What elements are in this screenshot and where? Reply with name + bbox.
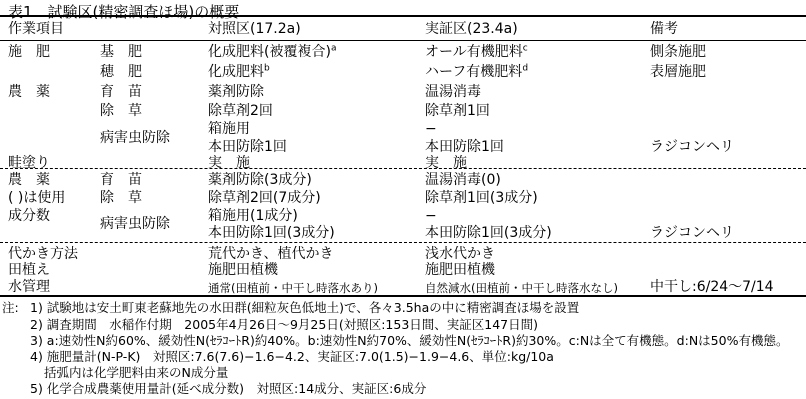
r3-control-value: 薬剤防除 bbox=[208, 84, 264, 100]
r4-subitem: 除 草 bbox=[100, 103, 142, 119]
r5-demo-value: − bbox=[425, 121, 437, 137]
r9-demo-value: 除草剤1回(3成分) bbox=[425, 190, 538, 206]
r12-item: 代かき方法 bbox=[8, 246, 78, 262]
r10-item: 成分数 bbox=[8, 208, 50, 224]
r2-demo-value: ハーフ有機肥料d bbox=[425, 64, 528, 80]
r10-subitem: 病害虫防除 bbox=[100, 216, 170, 232]
header-control-plot: 対照区(17.2a) bbox=[208, 21, 301, 37]
section-divider-dashed-1 bbox=[0, 168, 806, 169]
r11-demo-value: 本田防除1回(3成分) bbox=[425, 225, 552, 241]
r13-control-value: 施肥田植機 bbox=[208, 262, 278, 278]
r10-control-value: 箱施用(1成分) bbox=[208, 208, 298, 224]
r6-demo-value: 本田防除1回 bbox=[425, 139, 504, 155]
r2-demo-sup: d bbox=[522, 63, 528, 73]
r2-control-text: 化成肥料 bbox=[208, 64, 264, 80]
r8-control-value: 薬剤防除(3成分) bbox=[208, 172, 312, 188]
table-bottom-border bbox=[0, 295, 806, 297]
r13-item: 田植え bbox=[8, 262, 50, 278]
r2-demo-text: ハーフ有機肥料 bbox=[425, 64, 522, 80]
r11-remarks: ラジコンヘリ bbox=[650, 225, 734, 241]
r4-control-value: 除草剤2回 bbox=[208, 103, 273, 119]
table-title: 表1 試験区(精密調査ほ場)の概要 bbox=[8, 1, 239, 22]
header-item: 作業項目 bbox=[8, 21, 64, 37]
note-4-continued: 括弧内は化学肥料由来のN成分量 bbox=[44, 365, 228, 380]
r14-remarks: 中干し:6/24〜7/14 bbox=[650, 279, 774, 295]
r2-remarks: 表層施肥 bbox=[650, 64, 706, 80]
r1-control-sup: a bbox=[331, 43, 337, 53]
section-divider-dashed-2 bbox=[0, 242, 806, 243]
r3-item: 農 薬 bbox=[8, 84, 50, 100]
r2-subitem: 穂 肥 bbox=[100, 64, 142, 80]
r12-demo-value: 浅水代かき bbox=[425, 246, 495, 262]
r9-item: ( )は使用 bbox=[8, 190, 65, 206]
r1-item: 施 肥 bbox=[8, 44, 50, 60]
note-3: 3) a:速効性N約60%、緩効性N(ｾﾗｺｰﾄR)約40%。b:速効性N約70… bbox=[30, 333, 788, 348]
note-2: 2) 調査期間 水稲作付期 2005年4月26日〜9月25日(対照区:153日間… bbox=[30, 317, 538, 332]
r10-demo-value: − bbox=[425, 208, 437, 224]
r14-item: 水管理 bbox=[8, 279, 50, 295]
r8-demo-value: 温湯消毒(0) bbox=[425, 172, 501, 188]
r1-demo-text: オール有機肥料 bbox=[425, 44, 523, 60]
r11-control-value: 本田防除1回(3成分) bbox=[208, 225, 335, 241]
r1-control-value: 化成肥料(被覆複合)a bbox=[208, 44, 336, 60]
r1-remarks: 側条施肥 bbox=[650, 44, 706, 60]
note-1: 1) 試験地は安土町東老蘇地先の水田群(細粒灰色低地土)で、各々3.5haの中に… bbox=[30, 300, 579, 315]
r6-remarks: ラジコンヘリ bbox=[650, 139, 734, 155]
r2-control-value: 化成肥料b bbox=[208, 64, 270, 80]
r14-control-value: 通常(田植前・中干し時落水あり) bbox=[208, 281, 378, 295]
note-4: 4) 施肥量計(N-P-K) 対照区:7.6(7.6)−1.6−4.2、実証区:… bbox=[30, 349, 554, 364]
table-top-border bbox=[0, 15, 806, 17]
r5-control-value: 箱施用 bbox=[208, 121, 250, 137]
r13-demo-value: 施肥田植機 bbox=[425, 262, 495, 278]
r8-item: 農 薬 bbox=[8, 172, 50, 188]
r2-control-sup: b bbox=[264, 63, 270, 73]
r9-subitem: 除 草 bbox=[100, 190, 142, 206]
document-page: 表1 試験区(精密調査ほ場)の概要 作業項目 対照区(17.2a) 実証区(23… bbox=[0, 0, 806, 399]
r6-control-value: 本田防除1回 bbox=[208, 139, 287, 155]
r8-subitem: 育 苗 bbox=[100, 172, 142, 188]
r1-control-text: 化成肥料(被覆複合) bbox=[208, 44, 331, 60]
r14-demo-value: 自然減水(田植前・中干し時落水なし) bbox=[425, 281, 618, 295]
r5-subitem: 病害虫防除 bbox=[100, 130, 170, 146]
notes-label: 注: bbox=[2, 300, 19, 315]
r12-control-value: 荒代かき、植代かき bbox=[208, 246, 333, 262]
header-remarks: 備考 bbox=[650, 21, 678, 37]
r3-subitem: 育 苗 bbox=[100, 84, 142, 100]
r1-demo-sup: c bbox=[523, 43, 528, 53]
r1-subitem: 基 肥 bbox=[100, 44, 142, 60]
r1-demo-value: オール有機肥料c bbox=[425, 44, 528, 60]
r3-demo-value: 温湯消毒 bbox=[425, 84, 481, 100]
note-5: 5) 化学合成農薬使用量計(延べ成分数) 対照区:14成分、実証区:6成分 bbox=[30, 381, 426, 396]
r4-demo-value: 除草剤1回 bbox=[425, 103, 490, 119]
header-divider bbox=[0, 40, 806, 41]
header-demo-plot: 実証区(23.4a) bbox=[425, 21, 518, 37]
r9-control-value: 除草剤2回(7成分) bbox=[208, 190, 321, 206]
